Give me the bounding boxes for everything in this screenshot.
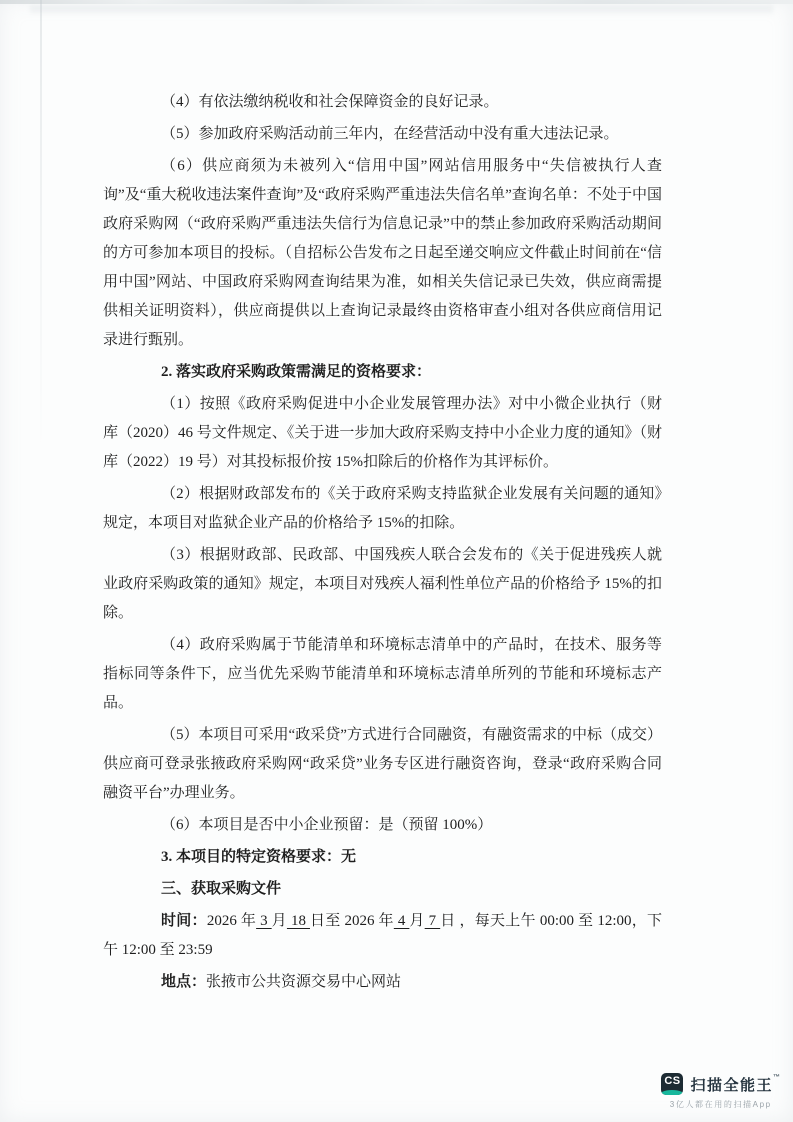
camscanner-logo-row: CS 扫描全能王™ — [661, 1073, 780, 1095]
text-run: （4）政府采购属于节能清单和环境标志清单中的产品时，在技术、服务等指标同等条件下… — [103, 637, 662, 711]
paragraph: （5）参加政府采购活动前三年内，在经营活动中没有重大违法记录。 — [103, 120, 662, 149]
camscanner-subtitle: 3亿人都在用的扫描App — [661, 1099, 780, 1110]
text-run: （1）按照《政府采购促进中小企业发展管理办法》对中小微企业执行（财库（2020）… — [103, 396, 662, 470]
scan-artifact-top — [0, 0, 793, 4]
text-run: （6）本项目是否中小企业预留：是（预留 100%） — [161, 817, 492, 833]
paragraph: （2）根据财政部发布的《关于政府采购支持监狱企业发展有关问题的通知》规定，本项目… — [103, 480, 662, 538]
underlined-text-run: 3 — [256, 913, 272, 929]
trademark-mark: ™ — [773, 1074, 780, 1081]
text-run: 2026 年 — [207, 913, 256, 929]
underlined-text-run: 18 — [287, 913, 310, 929]
scanned-page: （4）有依法缴纳税收和社会保障资金的良好记录。（5）参加政府采购活动前三年内，在… — [0, 0, 793, 1122]
paragraph: （4）有依法缴纳税收和社会保障资金的良好记录。 — [103, 88, 662, 117]
text-run: 月 — [409, 913, 424, 929]
paragraph: 2. 落实政府采购政策需满足的资格要求： — [103, 358, 662, 387]
text-run: 时间： — [161, 913, 207, 929]
text-run: （5）参加政府采购活动前三年内，在经营活动中没有重大违法记录。 — [161, 126, 619, 142]
text-run: 日至 2026 年 — [310, 913, 394, 929]
text-run: 月 — [272, 913, 287, 929]
paragraph: （6）本项目是否中小企业预留：是（预留 100%） — [103, 811, 662, 840]
camscanner-watermark: CS 扫描全能王™ 3亿人都在用的扫描App — [661, 1073, 780, 1110]
paragraph: （1）按照《政府采购促进中小企业发展管理办法》对中小微企业执行（财库（2020）… — [103, 390, 662, 477]
scan-artifact-haze — [30, 6, 773, 16]
underlined-text-run: 7 — [425, 913, 441, 929]
text-run: 张掖市公共资源交易中心网站 — [206, 974, 401, 990]
text-run: 三、获取采购文件 — [161, 881, 281, 897]
paragraph: 三、获取采购文件 — [103, 875, 662, 904]
camscanner-title: 扫描全能王™ — [690, 1074, 780, 1095]
scan-artifact-left — [40, 0, 42, 1122]
text-run: （2）根据财政部发布的《关于政府采购支持监狱企业发展有关问题的通知》规定，本项目… — [103, 486, 662, 531]
paragraph: 时间：2026 年 3 月 18 日至 2026 年 4 月 7 日 ，每天上午… — [103, 907, 662, 965]
paragraph: （4）政府采购属于节能清单和环境标志清单中的产品时，在技术、服务等指标同等条件下… — [103, 631, 662, 718]
underlined-text-run: 4 — [394, 913, 410, 929]
text-run: 地点： — [161, 974, 206, 990]
camscanner-badge-text: CS — [664, 1073, 680, 1090]
text-run: （6）供应商须为未被列入“信用中国”网站信用服务中“失信被执行人查询”及“重大税… — [103, 158, 662, 348]
paragraph: （6）供应商须为未被列入“信用中国”网站信用服务中“失信被执行人查询”及“重大税… — [103, 152, 662, 355]
paragraph: 3. 本项目的特定资格要求：无 — [103, 843, 662, 872]
document-body: （4）有依法缴纳税收和社会保障资金的良好记录。（5）参加政府采购活动前三年内，在… — [103, 88, 662, 1000]
camscanner-logo-icon: CS — [661, 1073, 683, 1095]
text-run: 3. 本项目的特定资格要求：无 — [161, 849, 356, 865]
paragraph: （3）根据财政部、民政部、中国残疾人联合会发布的《关于促进残疾人就业政府采购政策… — [103, 541, 662, 628]
text-run: （4）有依法缴纳税收和社会保障资金的良好记录。 — [161, 94, 499, 110]
text-run: （5）本项目可采用“政采贷”方式进行合同融资，有融资需求的中标（成交）供应商可登… — [103, 727, 662, 801]
text-run: 2. 落实政府采购政策需满足的资格要求： — [161, 364, 431, 380]
camscanner-title-text: 扫描全能王 — [690, 1077, 773, 1094]
text-run: （3）根据财政部、民政部、中国残疾人联合会发布的《关于促进残疾人就业政府采购政策… — [103, 547, 662, 621]
paragraph: 地点：张掖市公共资源交易中心网站 — [103, 968, 662, 997]
paragraph: （5）本项目可采用“政采贷”方式进行合同融资，有融资需求的中标（成交）供应商可登… — [103, 721, 662, 808]
